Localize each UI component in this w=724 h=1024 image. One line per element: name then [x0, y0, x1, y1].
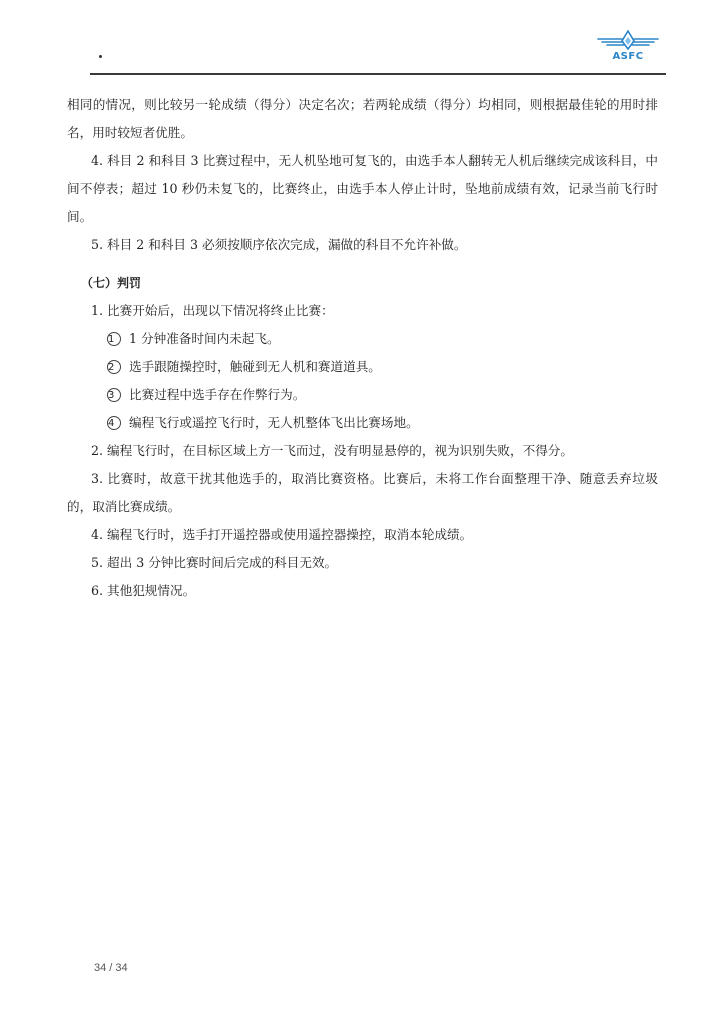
penalty-subitem: 4 编程飞行或遥控飞行时，无人机整体飞出比赛场地。	[67, 409, 658, 437]
subitem-text: 比赛过程中选手存在作弊行为。	[129, 381, 305, 409]
subitem-text: 1 分钟准备时间内未起飞。	[129, 325, 280, 353]
header-rule	[90, 73, 666, 75]
penalty-item: 2. 编程飞行时，在目标区域上方一飞而过，没有明显悬停的，视为识别失败，不得分。	[67, 437, 658, 465]
header-marker	[99, 55, 102, 58]
circled-number: 3	[107, 388, 121, 402]
circled-number: 1	[107, 332, 121, 346]
subitem-text: 选手跟随操控时，触碰到无人机和赛道道具。	[129, 353, 381, 381]
logo-text: ASFC	[596, 51, 660, 62]
asfc-logo: ASFC	[596, 30, 660, 66]
section-title: （七）判罚	[67, 269, 658, 297]
penalty-subitem: 1 1 分钟准备时间内未起飞。	[67, 325, 658, 353]
document-body: 相同的情况，则比较另一轮成绩（得分）决定名次；若两轮成绩（得分）均相同，则根据最…	[67, 91, 658, 605]
circled-number: 2	[107, 360, 121, 374]
circled-number: 4	[107, 416, 121, 430]
subitem-text: 编程飞行或遥控飞行时，无人机整体飞出比赛场地。	[129, 409, 419, 437]
penalty-item: 6. 其他犯规情况。	[67, 577, 658, 605]
penalty-subitem: 2 选手跟随操控时，触碰到无人机和赛道道具。	[67, 353, 658, 381]
paragraph: 相同的情况，则比较另一轮成绩（得分）决定名次；若两轮成绩（得分）均相同，则根据最…	[67, 91, 658, 147]
penalty-item: 1. 比赛开始后，出现以下情况将终止比赛：	[67, 297, 658, 325]
penalty-item: 3. 比赛时，故意干扰其他选手的，取消比赛资格。比赛后，未将工作台面整理干净、随…	[67, 465, 658, 521]
penalty-item: 4. 编程飞行时，选手打开遥控器或使用遥控器操控，取消本轮成绩。	[67, 521, 658, 549]
page-number: 34 / 34	[94, 962, 128, 974]
wings-icon	[596, 30, 660, 52]
paragraph: 4. 科目 2 和科目 3 比赛过程中，无人机坠地可复飞的，由选手本人翻转无人机…	[67, 147, 658, 231]
page-header: ASFC	[90, 0, 666, 76]
paragraph: 5. 科目 2 和科目 3 必须按顺序依次完成，漏做的科目不允许补做。	[67, 231, 658, 259]
penalty-item: 5. 超出 3 分钟比赛时间后完成的科目无效。	[67, 549, 658, 577]
penalty-subitem: 3 比赛过程中选手存在作弊行为。	[67, 381, 658, 409]
